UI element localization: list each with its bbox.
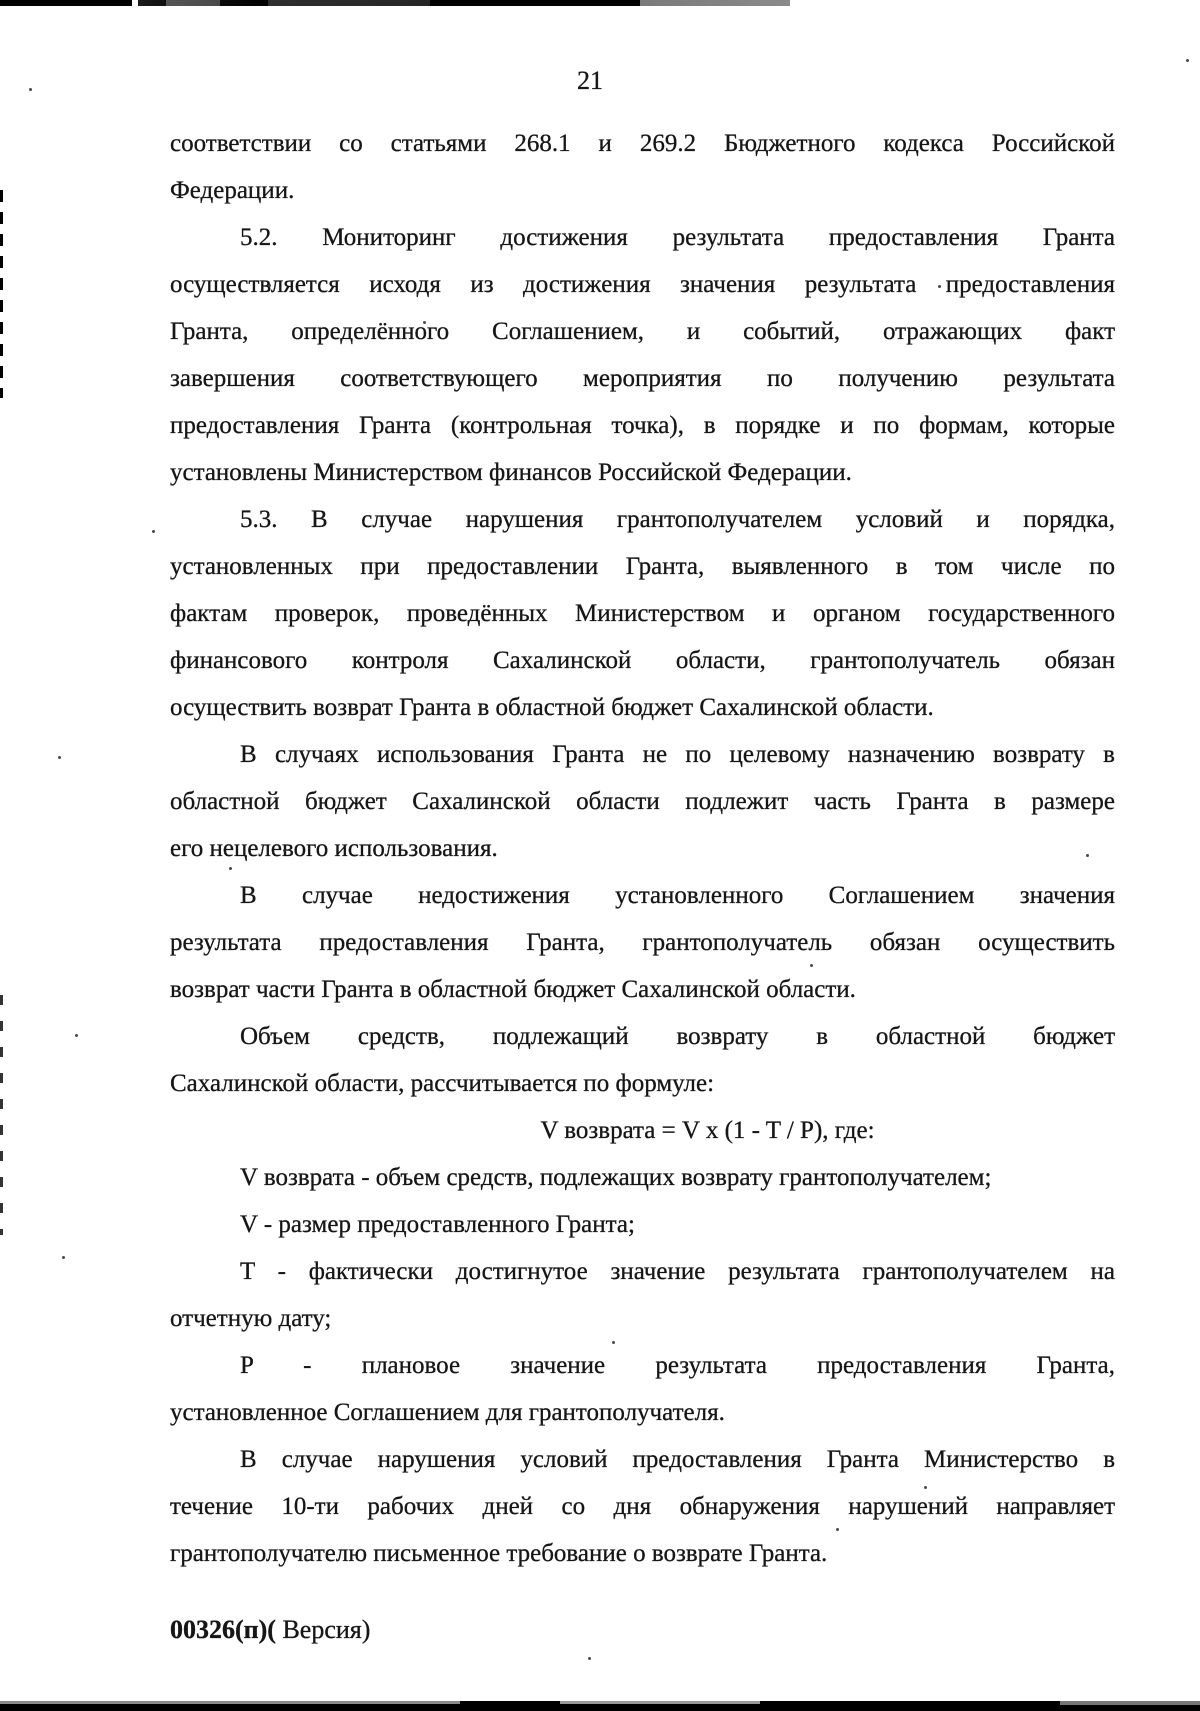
scan-speck bbox=[152, 530, 155, 533]
footer-document-code: 00326(п)( Версия) bbox=[170, 1612, 370, 1648]
text-line: результата предоставления Гранта, гранто… bbox=[170, 919, 1115, 966]
text-line: Сахалинской области, рассчитывается по ф… bbox=[170, 1060, 1115, 1107]
text-line: отчетную дату; bbox=[170, 1295, 1115, 1342]
paragraph: Объем средств, подлежащий возврату в обл… bbox=[170, 1013, 1115, 1107]
paragraph: В случае недостижения установленного Сог… bbox=[170, 872, 1115, 1013]
text-line: осуществить возврат Гранта в областной б… bbox=[170, 684, 1115, 731]
text-line: В случае недостижения установленного Сог… bbox=[170, 872, 1115, 919]
scan-speck bbox=[924, 1486, 927, 1489]
text-line: грантополучателю письменное требование о… bbox=[170, 1530, 1115, 1577]
text-line: соответствии со статьями 268.1 и 269.2 Б… bbox=[170, 120, 1115, 167]
paragraph: соответствии со статьями 268.1 и 269.2 Б… bbox=[170, 120, 1115, 214]
text-line: установленных при предоставлении Гранта,… bbox=[170, 543, 1115, 590]
footer-code: 00326(п)( bbox=[170, 1615, 276, 1644]
scan-artifact-top-bar bbox=[0, 0, 790, 6]
text-line: финансового контроля Сахалинской области… bbox=[170, 637, 1115, 684]
text-line: Федерации. bbox=[170, 167, 1115, 214]
text-line: 5.2. Мониторинг достижения результата пр… bbox=[170, 214, 1115, 261]
text-line: областной бюджет Сахалинской области под… bbox=[170, 778, 1115, 825]
text-line: T - фактически достигнутое значение резу… bbox=[170, 1248, 1115, 1295]
text-line: завершения соответствующего мероприятия … bbox=[170, 355, 1115, 402]
scan-speck bbox=[58, 756, 61, 759]
scan-speck bbox=[1086, 854, 1089, 857]
document-body: соответствии со статьями 268.1 и 269.2 Б… bbox=[170, 120, 1115, 1577]
text-line: Объем средств, подлежащий возврату в обл… bbox=[170, 1013, 1115, 1060]
paragraph: V возврата - объем средств, подлежащих в… bbox=[170, 1154, 1115, 1201]
scan-artifact-bottom-bar bbox=[0, 1701, 1200, 1711]
scan-speck bbox=[268, 284, 271, 287]
page-number: 21 bbox=[0, 66, 1180, 96]
text-line: V - размер предоставленного Гранта; bbox=[170, 1201, 1115, 1248]
text-line: фактам проверок, проведённых Министерств… bbox=[170, 590, 1115, 637]
paragraph: В случае нарушения условий предоставлени… bbox=[170, 1436, 1115, 1577]
paragraph: 5.3. В случае нарушения грантополучателе… bbox=[170, 496, 1115, 731]
scan-speck bbox=[229, 867, 232, 870]
text-line: его нецелевого использования. bbox=[170, 825, 1115, 872]
scan-speck bbox=[29, 88, 32, 91]
text-line: предоставления Гранта (контрольная точка… bbox=[170, 402, 1115, 449]
text-line: 5.3. В случае нарушения грантополучателе… bbox=[170, 496, 1115, 543]
text-line: возврат части Гранта в областной бюджет … bbox=[170, 966, 1115, 1013]
paragraph: T - фактически достигнутое значение резу… bbox=[170, 1248, 1115, 1342]
scan-speck bbox=[423, 321, 426, 324]
scanned-page: 21 соответствии со статьями 268.1 и 269.… bbox=[0, 0, 1200, 1711]
scan-speck bbox=[810, 964, 813, 967]
text-line: осуществляется исходя из достижения знач… bbox=[170, 261, 1115, 308]
scan-speck bbox=[588, 1657, 591, 1660]
paragraph: P - плановое значение результата предост… bbox=[170, 1342, 1115, 1436]
footer-version: Версия) bbox=[276, 1615, 370, 1644]
paragraph: В случаях использования Гранта не по цел… bbox=[170, 731, 1115, 872]
paragraph: V - размер предоставленного Гранта; bbox=[170, 1201, 1115, 1248]
scan-artifact-left-edge bbox=[0, 190, 3, 398]
scan-speck bbox=[836, 1528, 839, 1531]
text-line: В случае нарушения условий предоставлени… bbox=[170, 1436, 1115, 1483]
scan-speck bbox=[62, 1256, 65, 1259]
scan-speck bbox=[283, 849, 286, 852]
text-line: установлены Министерством финансов Росси… bbox=[170, 449, 1115, 496]
text-line: V возврата - объем средств, подлежащих в… bbox=[170, 1154, 1115, 1201]
text-line: В случаях использования Гранта не по цел… bbox=[170, 731, 1115, 778]
scan-speck bbox=[938, 285, 941, 288]
formula-line: V возврата = V x (1 - T / P), где: bbox=[170, 1107, 1115, 1154]
scan-artifact-left-edge bbox=[0, 995, 3, 1235]
text-line: установленное Соглашением для грантополу… bbox=[170, 1389, 1115, 1436]
text-line: P - плановое значение результата предост… bbox=[170, 1342, 1115, 1389]
paragraph: V возврата = V x (1 - T / P), где: bbox=[170, 1107, 1115, 1154]
scan-speck bbox=[75, 1034, 78, 1037]
scan-speck bbox=[612, 1341, 615, 1344]
paragraph: 5.2. Мониторинг достижения результата пр… bbox=[170, 214, 1115, 496]
text-line: течение 10-ти рабочих дней со дня обнару… bbox=[170, 1483, 1115, 1530]
scan-speck bbox=[970, 1369, 973, 1372]
text-line: Гранта, определённого Соглашением, и соб… bbox=[170, 308, 1115, 355]
scan-speck bbox=[1186, 59, 1189, 62]
